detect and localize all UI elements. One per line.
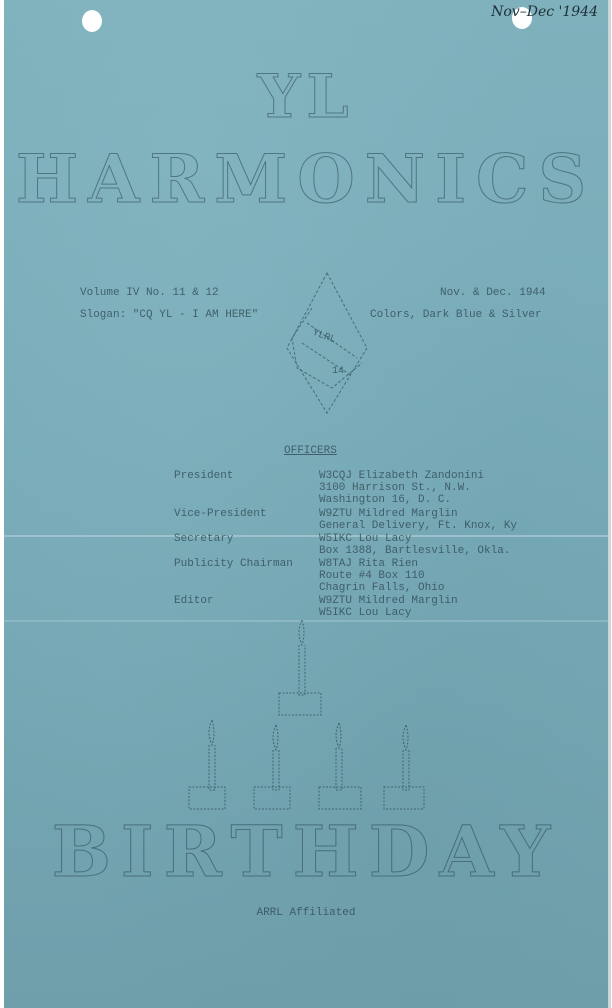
officer-detail-line: W9ZTU Mildred Marglin xyxy=(319,508,517,520)
officer-role: Publicity Chairman xyxy=(174,558,293,570)
birthday-candles-illustration xyxy=(174,615,434,815)
officer-role: President xyxy=(174,470,233,482)
slogan: Slogan: "CQ YL - I AM HERE" xyxy=(80,309,258,321)
officer-detail-line: W3CQJ Elizabeth Zandonini xyxy=(319,470,484,482)
svg-text:14: 14 xyxy=(332,366,344,377)
officer-detail-line: W8TAJ Rita Rien xyxy=(319,558,444,570)
officer-role: Secretary xyxy=(174,533,233,545)
issue-date: Nov. & Dec. 1944 xyxy=(440,287,546,299)
club-colors: Colors, Dark Blue & Silver xyxy=(370,309,542,321)
officer-details: W9ZTU Mildred MarglinGeneral Delivery, F… xyxy=(319,508,517,532)
scanned-page: Nov–Dec '1944 YL HARMONICS Volume IV No.… xyxy=(4,0,611,1008)
masthead-line1: YL xyxy=(4,62,608,132)
officer-details: W8TAJ Rita RienRoute #4 Box 110Chagrin F… xyxy=(319,558,444,594)
masthead-title: HARMONICS xyxy=(4,140,608,218)
officer-role: Vice-President xyxy=(174,508,266,520)
officer-detail-line: Washington 16, D. C. xyxy=(319,494,484,506)
officer-detail-line: General Delivery, Ft. Knox, Ky xyxy=(319,520,517,532)
punch-hole xyxy=(82,10,102,32)
officer-details: W5IKC Lou LacyBox 1388, Bartlesville, Ok… xyxy=(319,533,510,557)
officer-detail-line: W5IKC Lou Lacy xyxy=(319,533,510,545)
officer-details: W3CQJ Elizabeth Zandonini3100 Harrison S… xyxy=(319,470,484,506)
diamond-emblem-icon: YLRL 14 xyxy=(282,268,372,418)
officer-detail-line: Chagrin Falls, Ohio xyxy=(319,582,444,594)
officer-detail-line: 3100 Harrison St., N.W. xyxy=(319,482,484,494)
birthday-banner: BIRTHDAY xyxy=(4,810,608,893)
officer-detail-line: Box 1388, Bartlesville, Okla. xyxy=(319,545,510,557)
officer-detail-line: W9ZTU Mildred Marglin xyxy=(319,595,458,607)
svg-text:YLRL: YLRL xyxy=(311,328,337,347)
paper-fold xyxy=(4,535,608,537)
officer-detail-line: Route #4 Box 110 xyxy=(319,570,444,582)
affiliation-footer: ARRL Affiliated xyxy=(4,907,608,919)
officers-heading: OFFICERS xyxy=(284,445,337,457)
handwritten-date-note: Nov–Dec '1944 xyxy=(491,4,598,20)
officer-role: Editor xyxy=(174,595,214,607)
volume-number: Volume IV No. 11 & 12 xyxy=(80,287,219,299)
